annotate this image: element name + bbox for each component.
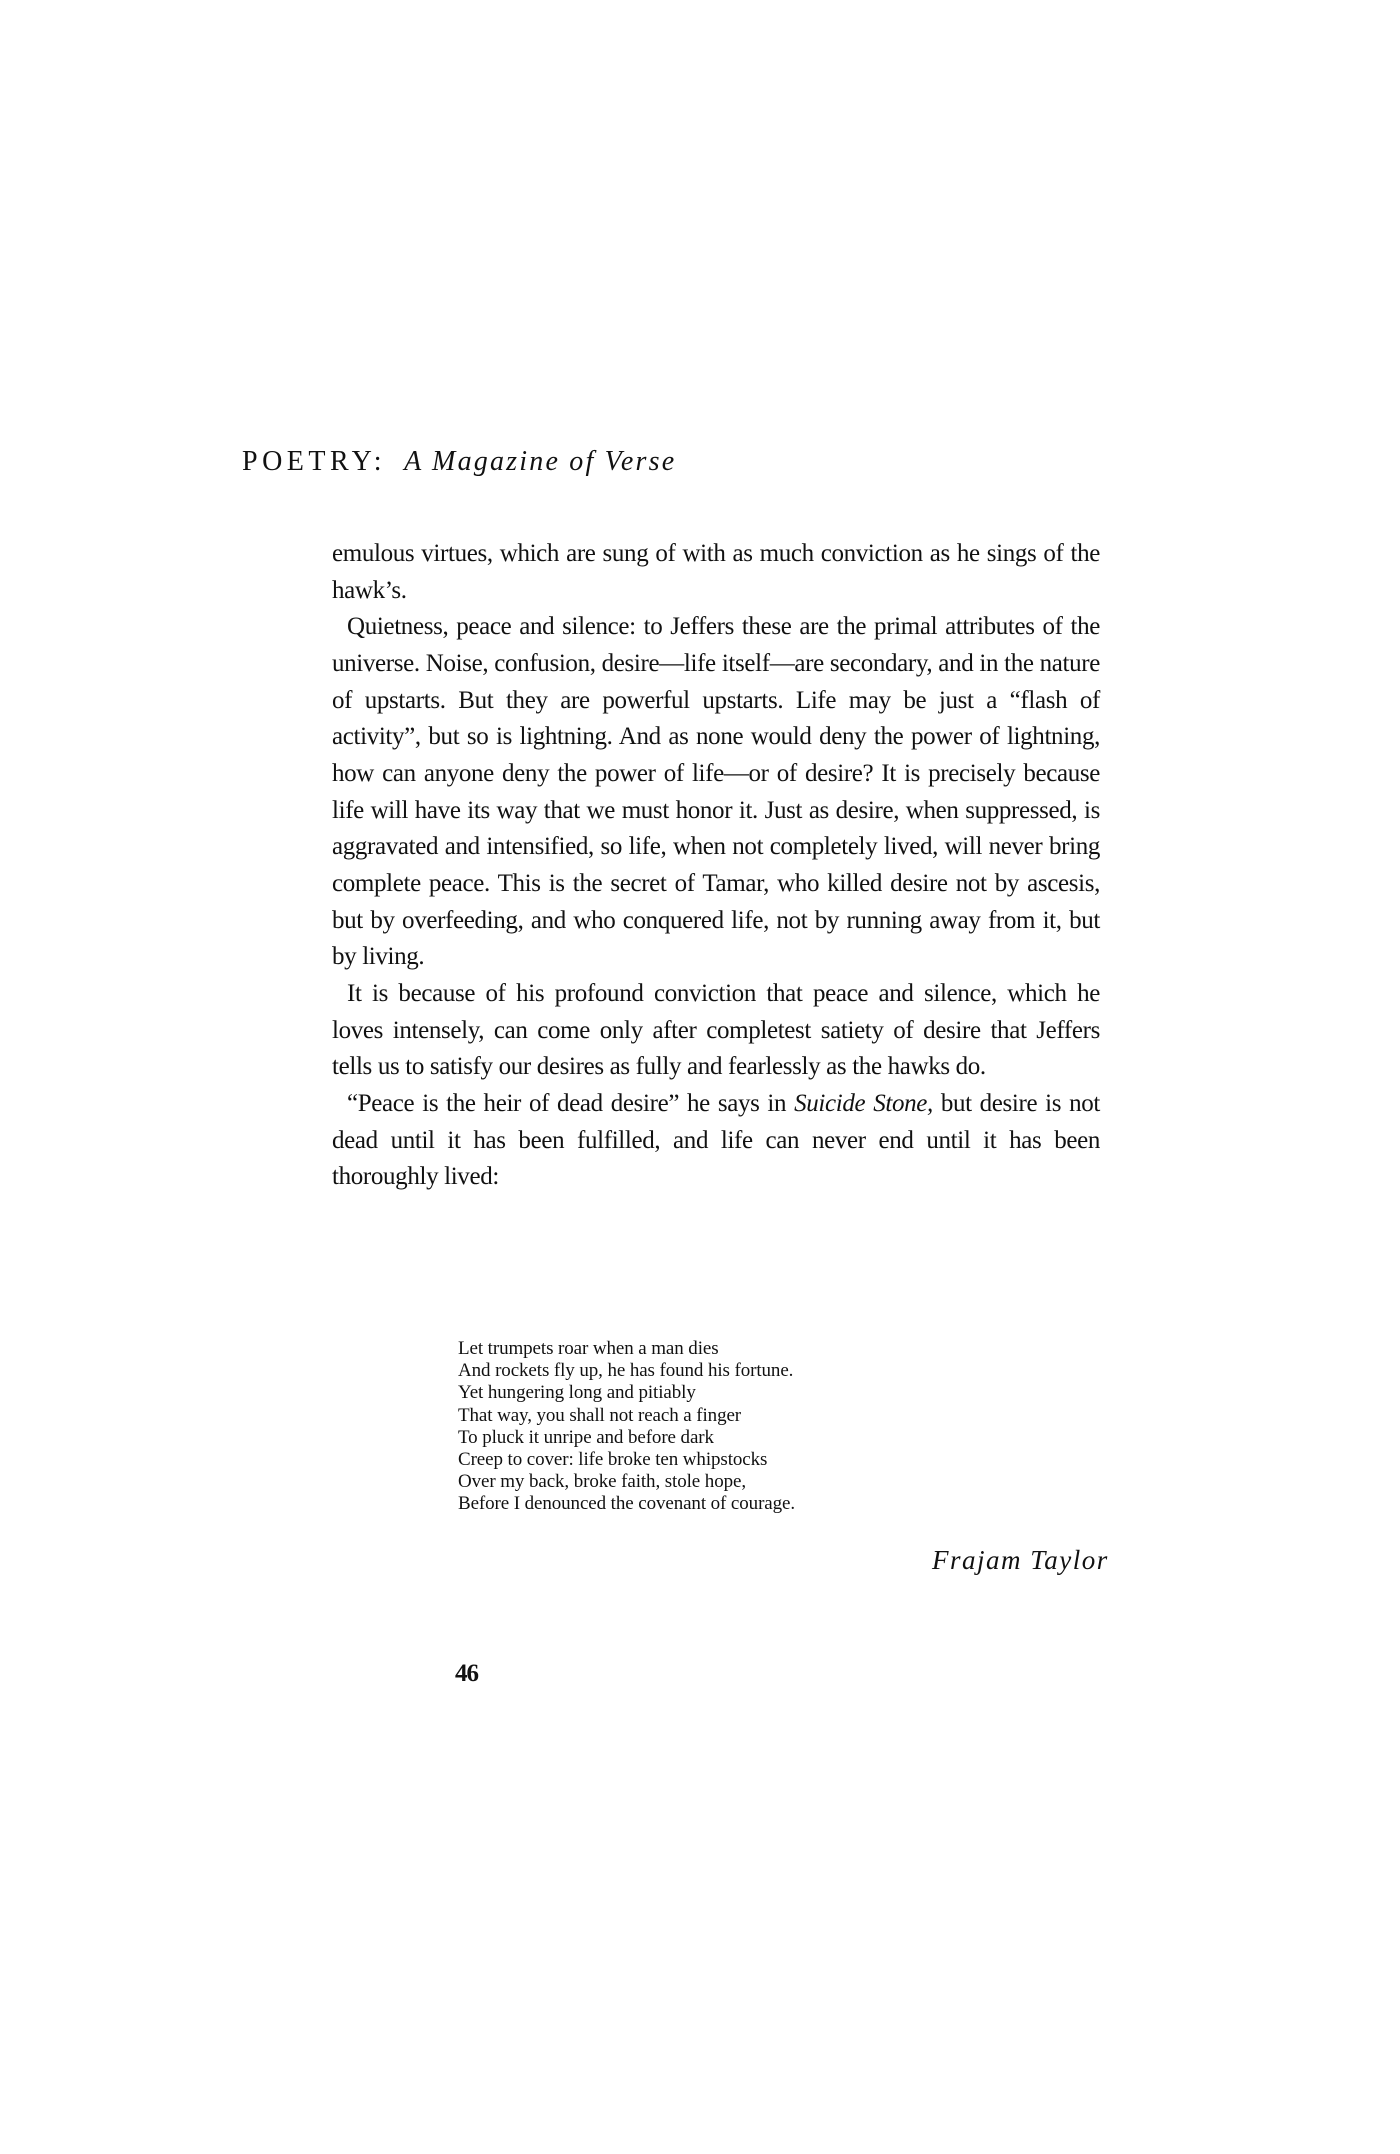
magazine-subtitle: A Magazine of Verse xyxy=(404,446,676,477)
poem-line: To pluck it unripe and before dark xyxy=(458,1427,795,1449)
poem-line: Over my back, broke faith, stole hope, xyxy=(458,1471,795,1493)
work-title-suicide-stone: Suicide Stone, xyxy=(794,1090,933,1117)
poem-line: Before I denounced the covenant of coura… xyxy=(458,1493,795,1515)
page-number: 46 xyxy=(455,1660,478,1688)
author-signature: Frajam Taylor xyxy=(932,1545,1109,1576)
poem-line: Let trumpets roar when a man dies xyxy=(458,1338,795,1360)
running-head: POETRY:A Magazine of Verse xyxy=(242,444,676,480)
paragraph-2: Quietness, peace and silence: to Jeffers… xyxy=(332,609,1100,976)
article-body: emulous virtues, which are sung of with … xyxy=(332,536,1100,1196)
poem-line: That way, you shall not reach a finger xyxy=(458,1405,795,1427)
paragraph-4-start: “Peace is the heir of dead desire” he sa… xyxy=(347,1090,794,1117)
poem-line: And rockets fly up, he has found his for… xyxy=(458,1360,795,1382)
magazine-title: POETRY: xyxy=(242,446,386,477)
poem-line: Yet hungering long and pitiably xyxy=(458,1382,795,1404)
paragraph-4: “Peace is the heir of dead desire” he sa… xyxy=(332,1086,1100,1196)
paragraph-1: emulous virtues, which are sung of with … xyxy=(332,536,1100,609)
poem-line: Creep to cover: life broke ten whipstock… xyxy=(458,1449,795,1471)
paragraph-3: It is because of his profound conviction… xyxy=(332,976,1100,1086)
quoted-poem: Let trumpets roar when a man dies And ro… xyxy=(458,1338,795,1516)
